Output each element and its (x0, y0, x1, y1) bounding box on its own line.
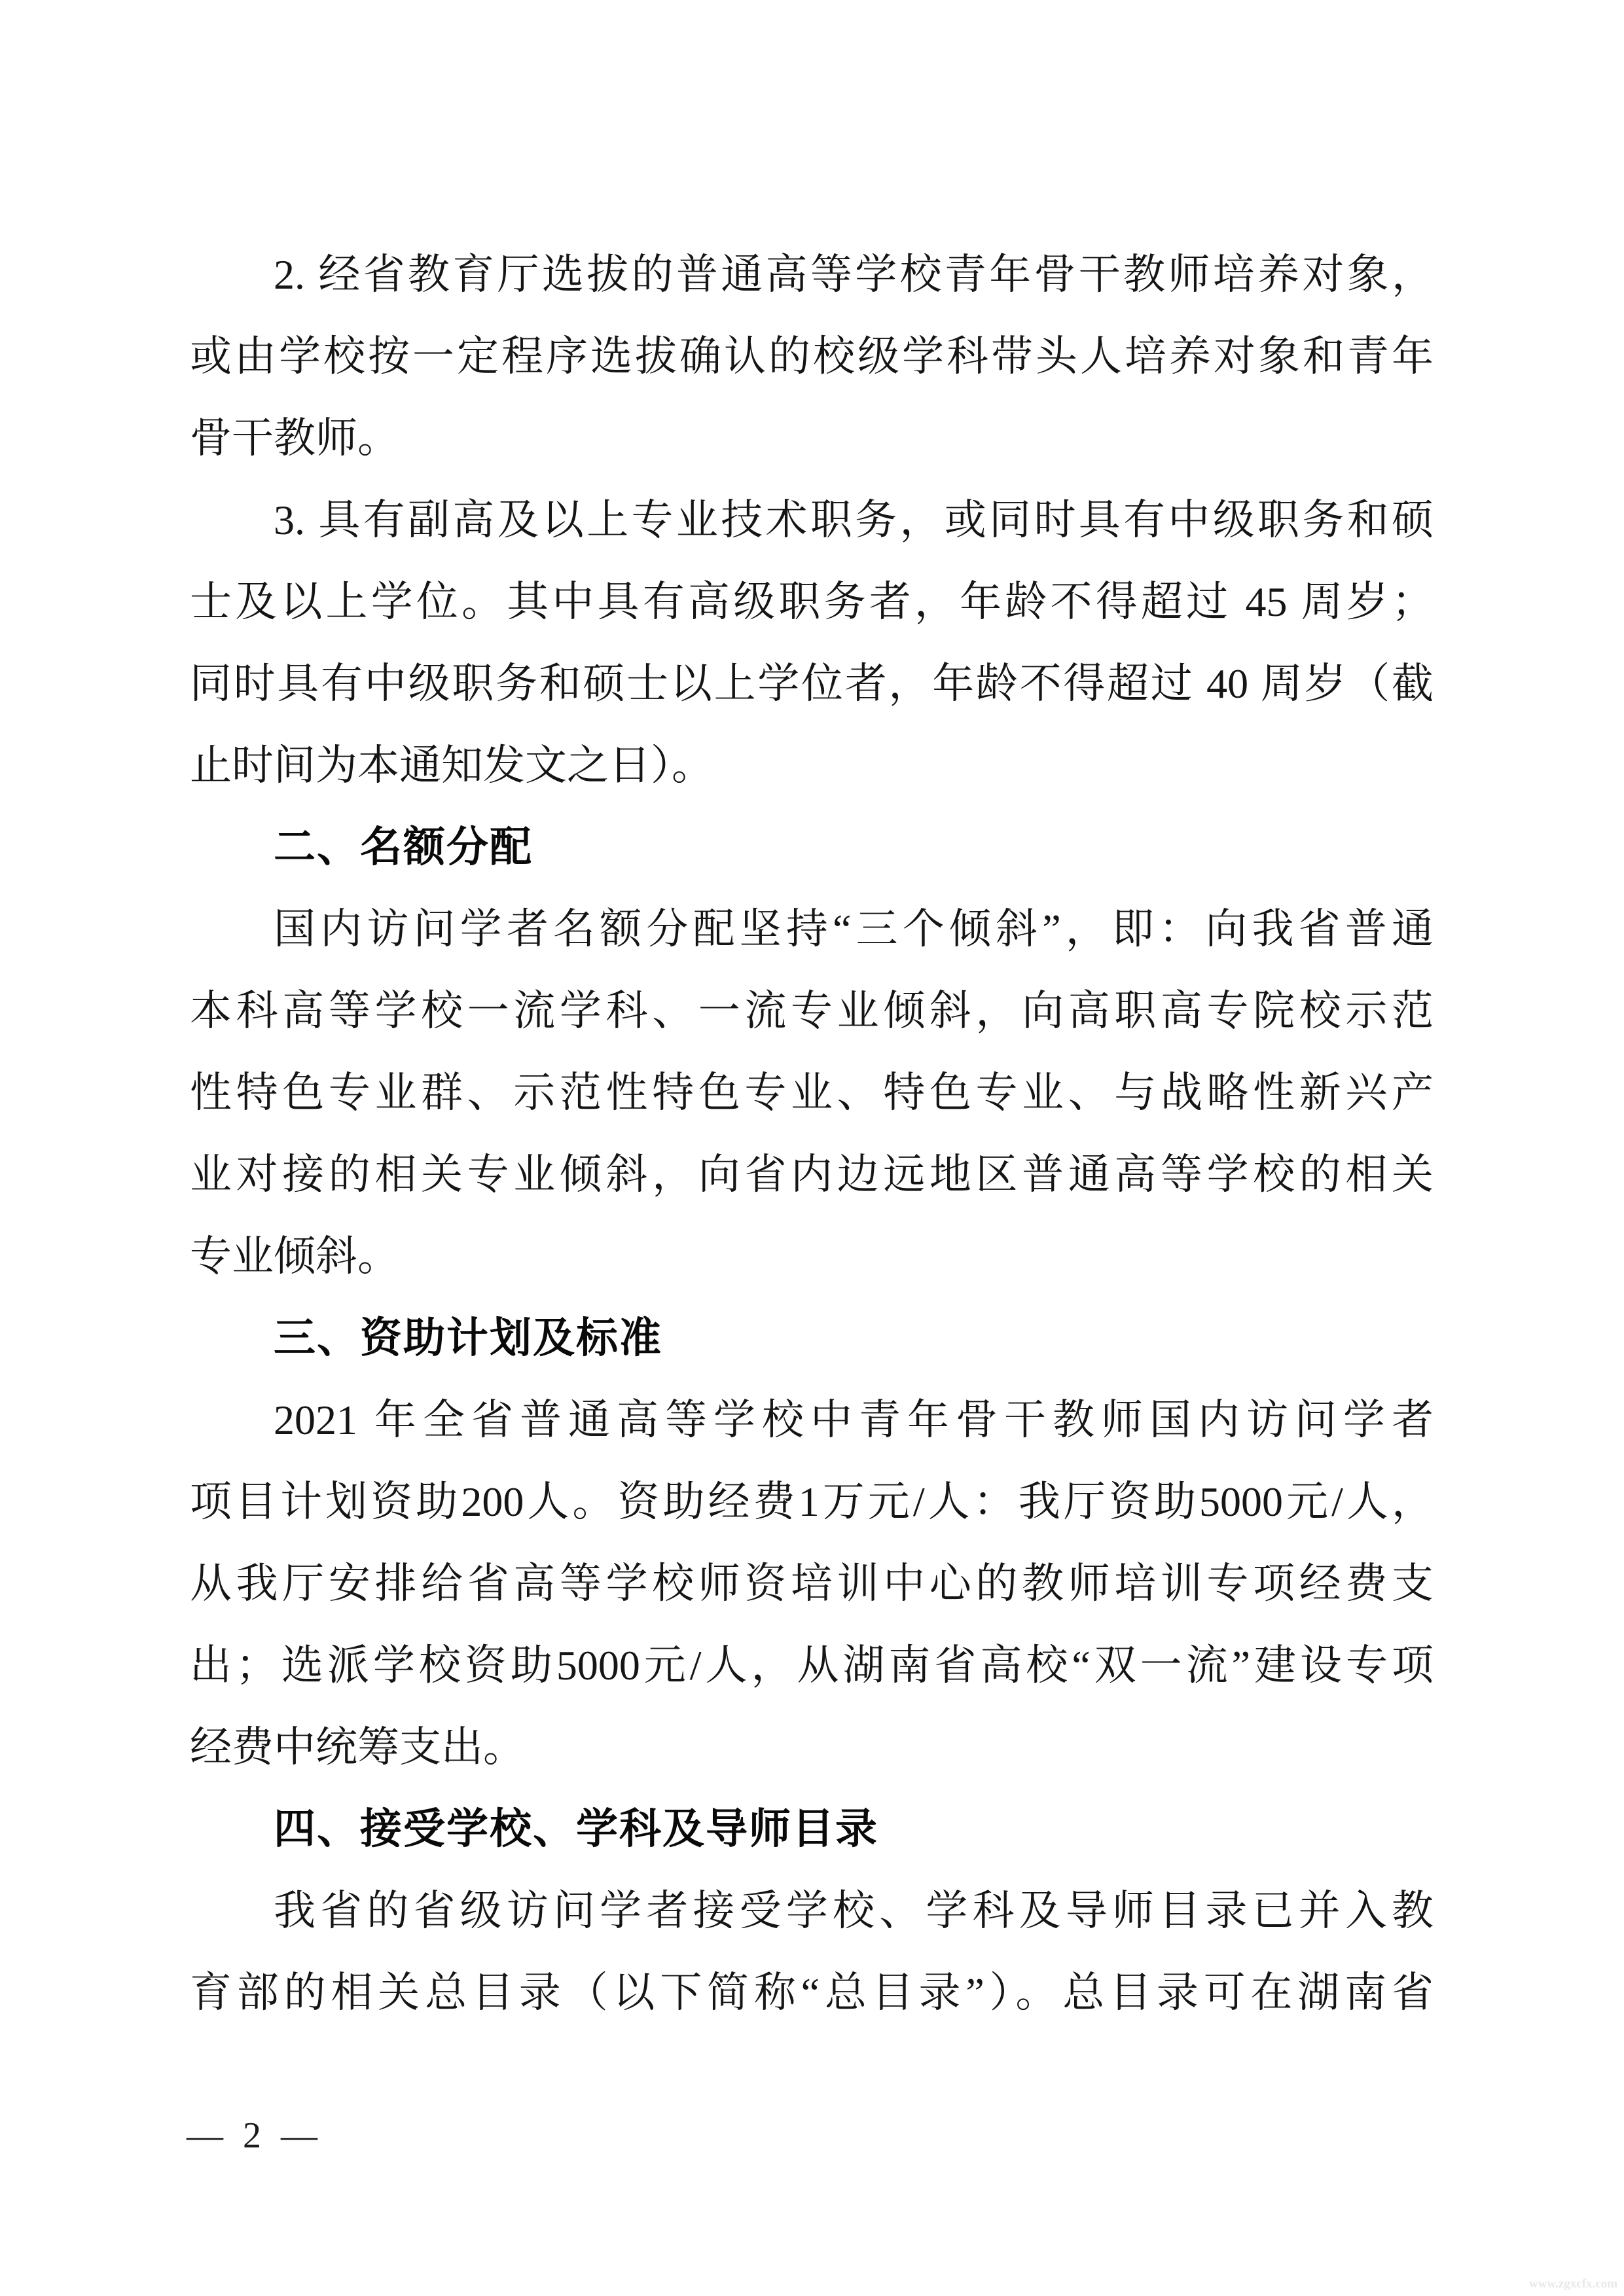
text-line: 项目计划资助200人。资助经费1万元/人：我厅资助5000元/人， (190, 1461, 1434, 1543)
section-heading: 二、名额分配 (190, 806, 1434, 888)
page-number: — 2 — (187, 2115, 323, 2156)
section-heading: 三、资助计划及标准 (190, 1297, 1434, 1379)
text-line: 经费中统筹支出。 (190, 1706, 1434, 1788)
text-line: 专业倾斜。 (190, 1215, 1434, 1297)
text-line: 或由学校按一定程序选拔确认的校级学科带头人培养对象和青年 (190, 315, 1434, 397)
text-line: 本科高等学校一流学科、一流专业倾斜，向高职高专院校示范 (190, 970, 1434, 1052)
text-line: 士及以上学位。其中具有高级职务者，年龄不得超过 45 周岁； (190, 561, 1434, 643)
text-line: 同时具有中级职务和硕士以上学位者，年龄不得超过 40 周岁（截 (190, 643, 1434, 725)
watermark: www.zgxcfx.com (1529, 2276, 1617, 2292)
document-page: 2. 经省教育厅选拔的普通高等学校青年骨干教师培养对象，或由学校按一定程序选拔确… (0, 0, 1624, 2296)
text-line: 性特色专业群、示范性特色专业、特色专业、与战略性新兴产 (190, 1052, 1434, 1134)
text-line: 育部的相关总目录（以下简称“总目录”）。总目录可在湖南省 (190, 1952, 1434, 2034)
text-line: 国内访问学者名额分配坚持“三个倾斜”，即：向我省普通 (190, 888, 1434, 970)
text-line: 3. 具有副高及以上专业技术职务，或同时具有中级职务和硕 (190, 479, 1434, 561)
text-line: 骨干教师。 (190, 397, 1434, 479)
text-line: 止时间为本通知发文之日）。 (190, 725, 1434, 806)
text-line: 2. 经省教育厅选拔的普通高等学校青年骨干教师培养对象， (190, 234, 1434, 315)
section-heading: 四、接受学校、学科及导师目录 (190, 1788, 1434, 1870)
text-line: 2021 年全省普通高等学校中青年骨干教师国内访问学者 (190, 1379, 1434, 1461)
text-line: 我省的省级访问学者接受学校、学科及导师目录已并入教 (190, 1870, 1434, 1952)
text-line: 从我厅安排给省高等学校师资培训中心的教师培训专项经费支 (190, 1543, 1434, 1624)
text-line: 出；选派学校资助5000元/人，从湖南省高校“双一流”建设专项 (190, 1624, 1434, 1706)
text-line: 业对接的相关专业倾斜，向省内边远地区普通高等学校的相关 (190, 1134, 1434, 1215)
document-body: 2. 经省教育厅选拔的普通高等学校青年骨干教师培养对象，或由学校按一定程序选拔确… (190, 234, 1434, 2034)
